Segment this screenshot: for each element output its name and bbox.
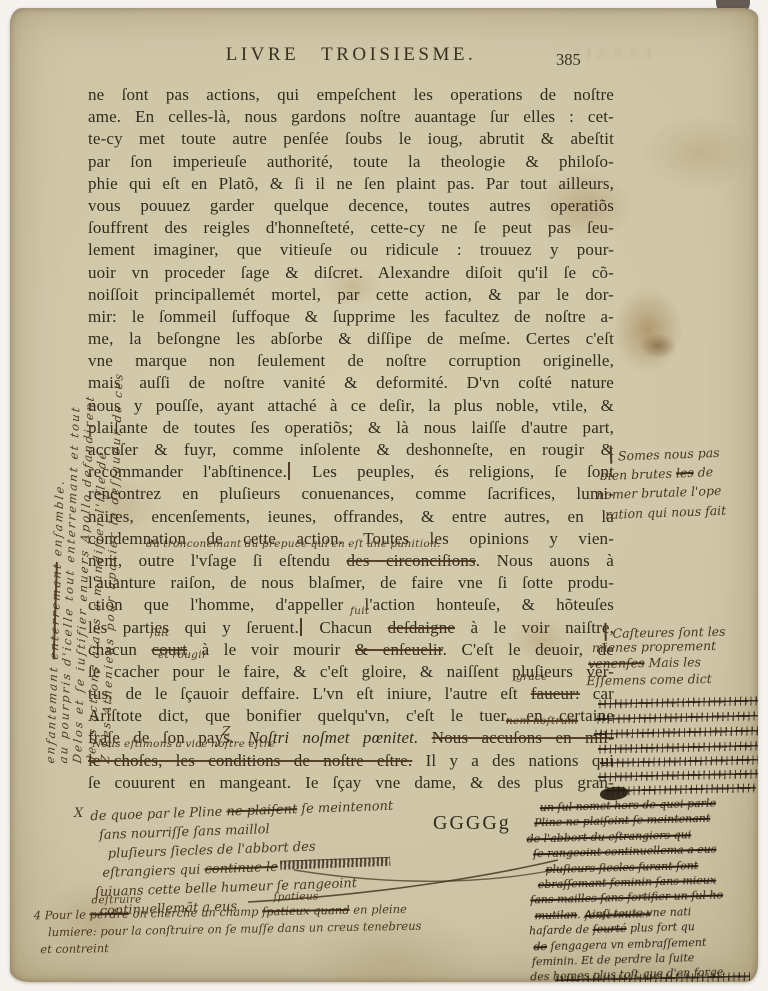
signature-mark: GGGGg <box>433 812 511 835</box>
text-segment: les <box>676 464 694 480</box>
text-segment: vne marque non ſeulement de noſtre corru… <box>88 351 614 370</box>
text-segment: les parties qui y ſeruent. <box>88 618 299 637</box>
text-segment: 4 Pour le <box>34 907 90 922</box>
text-segment: ſeurté <box>592 922 626 936</box>
text-segment: accuſer & fuyr, comme inſolente & deshon… <box>88 440 614 459</box>
interlinear-note: fuit <box>350 606 369 617</box>
text-segment: perdre <box>89 907 129 922</box>
inline-scribble <box>280 857 390 870</box>
text-segment: nous y pouſſe, ayant attaché à ce deſir,… <box>88 396 614 415</box>
text-segment: en pleine <box>350 902 408 917</box>
text-segment: Chacun <box>304 618 388 637</box>
running-head: LIVRE TROISIESME. <box>88 44 614 66</box>
scribble-line <box>594 726 758 739</box>
scribble-line <box>600 755 758 767</box>
insertion-bar <box>300 618 302 636</box>
text-segment: plaiſante de toutes ſes operatiõs; & là … <box>88 418 614 437</box>
book-page: LIVRE TROISIESME. ESSAIS 385 ne ſont pas… <box>10 8 758 982</box>
text-segment: et contreint <box>40 941 109 956</box>
text-segment: ſpatieux quand <box>262 903 350 919</box>
interlinear-note: du tronconemant du prepuce qui en eſt un… <box>146 539 441 550</box>
text-segment: te-cy met toute autre penſée ſoubs le io… <box>88 129 614 148</box>
scribble-line <box>606 783 756 795</box>
text-segment: nent, outre l'vſage ſi eſtendu <box>88 551 346 570</box>
interlinear-note: Nous eſtimons a vice noſtre eſtre <box>92 739 275 750</box>
text-segment: ſe couurent en mangeant. Ie ſçay vne dam… <box>88 773 614 792</box>
printed-line: naires, encenſements, ieunes, offrandes,… <box>88 506 614 528</box>
interlinear-note: ſuit <box>150 628 169 639</box>
printed-line: vne marque non ſeulement de noſtre corru… <box>88 350 614 372</box>
interlinear-note: deſtruire <box>91 894 141 905</box>
printed-line: ne ſont pas actions, qui empeſchent les … <box>88 84 614 106</box>
handwritten-draft-bottom-right: un ſul nomet hors de quoi parlePline ne … <box>526 795 726 982</box>
text-segment: mutilan <box>534 908 577 922</box>
printed-line: uoir vn proceder ſage & diſcret. Alexand… <box>88 262 614 284</box>
text-segment: mais auſſi de noſtre vanité & deformité.… <box>88 373 614 392</box>
ink-mark: X <box>74 806 83 821</box>
text-segment: naires, encenſements, ieunes, offrandes,… <box>88 507 614 526</box>
text-segment: Il y a des nations qui <box>412 751 614 770</box>
printed-line: noiſſoit principallemét mortel, par cett… <box>88 284 614 306</box>
insertion-bar <box>610 446 613 464</box>
interlinear-note: nem noſtrum <box>506 716 578 727</box>
text-segment: rencontrez en pluſieurs conuenances, com… <box>88 484 614 503</box>
text-segment: de <box>533 940 547 953</box>
text-segment: continue le <box>204 860 278 878</box>
printed-line: recommander l'abſtinence. Les peuples, é… <box>88 461 614 483</box>
text-segment: uoir vn proceder ſage & diſcret. Alexand… <box>88 263 614 282</box>
text-segment: ration qui nous fait <box>605 502 727 521</box>
text-segment: ne plaiſent <box>226 802 297 819</box>
printed-line: me, la beſongne les abſorbe & diſſipe de… <box>88 328 614 350</box>
printed-line: tus, de le ſçauoir deffaire. L'vn eſt in… <box>88 683 614 705</box>
printed-line: ſouffrent des reigles d'honneſteté, cett… <box>88 217 614 239</box>
scribble-line <box>598 769 758 781</box>
handwritten-footnote: 4 Pour le perdre on cherche un champ ſpa… <box>34 901 422 959</box>
text-segment: Les peuples, és religions, ſe ſont <box>292 462 614 481</box>
text-segment: par ſon imperieuſe authorité, toute la t… <box>88 152 614 171</box>
text-segment: Somes nous pas <box>614 445 720 464</box>
text-segment: bien brutes <box>599 465 676 483</box>
text-segment: deſdaigne <box>388 618 455 637</box>
text-segment: ne ſont pas actions, qui empeſchent les … <box>88 85 614 104</box>
printed-line: l'auanture raiſon, de nous blaſmer, de f… <box>88 572 614 594</box>
handwritten-line: ration qui nous fait <box>605 500 727 524</box>
page-number: 385 <box>556 50 581 70</box>
insertion-bar <box>604 623 606 641</box>
text-segment: on cherche un champ <box>129 904 262 920</box>
text-segment: lement imaginer, que vitieuſe ou ridicul… <box>88 240 614 259</box>
printed-line: nous y pouſſe, ayant attaché à ce deſir,… <box>88 395 614 417</box>
text-segment: me, la beſongne les abſorbe & diſſipe de… <box>88 329 614 348</box>
text-segment: mir: le ſommeil ſuffoque & ſupprime les … <box>88 307 614 326</box>
ink-mark: Z <box>222 724 230 738</box>
text-segment: Mais les <box>644 654 701 670</box>
scribble-line <box>598 741 758 753</box>
handwritten-line: Eſſemens come dict <box>586 670 726 689</box>
margin-note-right-mid: Caſteures ſont lesmienes proprementvenen… <box>585 621 726 689</box>
text-segment: venenſes <box>588 655 645 671</box>
scribble-line <box>596 711 758 724</box>
interlinear-note: ſpatieus <box>273 891 318 902</box>
text-segment: eſtrangiers qui <box>102 862 205 881</box>
printed-text-block: ne ſont pas actions, qui empeſchent les … <box>88 84 614 794</box>
text-segment: faueur: <box>531 684 580 703</box>
printed-line: accuſer & fuyr, comme inſolente & deshon… <box>88 439 614 461</box>
printed-line: mir: le ſommeil ſuffoque & ſupprime les … <box>88 306 614 328</box>
text-segment: . Nous auons à <box>476 551 614 570</box>
printed-line: rencontrez en pluſieurs conuenances, com… <box>88 483 614 505</box>
printed-line: par ſon imperieuſe authorité, toute la t… <box>88 151 614 173</box>
text-segment: noiſſoit principallemét mortel, par cett… <box>88 285 614 304</box>
interlinear-note: grace <box>516 672 548 683</box>
printed-line: lement imaginer, que vitieuſe ou ridicul… <box>88 239 614 261</box>
text-segment <box>418 728 431 747</box>
text-segment: de <box>693 464 713 480</box>
text-segment: Eſſemens come dict <box>586 671 711 688</box>
text-segment: à le voir mourir <box>187 640 355 659</box>
text-segment: enſamble. <box>50 477 67 563</box>
text-segment: ſe meintenont <box>297 799 394 817</box>
printed-line: ame. En celles-là, nous gardons noſtre a… <box>88 106 614 128</box>
text-segment: phie qui eſt en Platõ, & ſi il ne ſen pl… <box>88 174 614 193</box>
printed-line: le choſes, les conditions de noſtre eſtr… <box>88 750 614 772</box>
printed-line: mais auſſi de noſtre vanité & deformité.… <box>88 372 614 394</box>
printed-line: nent, outre l'vſage ſi eſtendu des circo… <box>88 550 614 572</box>
scribble-line <box>598 696 758 708</box>
text-segment: vous pouuez garder quelque decence, tout… <box>88 196 614 215</box>
text-segment: mienes proprement <box>592 637 717 654</box>
text-segment: & enſeuelir <box>355 640 443 659</box>
printed-line: vous pouuez garder quelque decence, tout… <box>88 195 614 217</box>
interlinear-note: et rougir <box>158 650 207 661</box>
interlinear-note: ſexterminer <box>585 909 651 921</box>
text-segment: nomer brutale l'ope <box>596 483 721 502</box>
text-segment: ame. En celles-là, nous gardons noſtre a… <box>88 107 614 126</box>
text-segment: Nous accuſons en mil- <box>432 728 614 747</box>
text-segment: des circonciſions <box>346 551 475 570</box>
printed-line: plaiſante de toutes ſes operatiõs; & là … <box>88 417 614 439</box>
text-segment: le choſes, les conditions de noſtre eſtr… <box>88 751 412 770</box>
insertion-bar <box>288 462 290 480</box>
printed-line: te-cy met toute autre penſée ſoubs le io… <box>88 128 614 150</box>
text-segment: l'auanture raiſon, de nous blaſmer, de f… <box>88 573 614 592</box>
printed-line: phie qui eſt en Platõ, & ſi il ne ſen pl… <box>88 173 614 195</box>
text-segment: plus fort qu <box>626 920 695 935</box>
text-segment: haſarde de <box>529 923 593 938</box>
margin-note-right-top: Somes nous pasbien brutes les denomer br… <box>595 442 727 524</box>
text-segment: tus, de le ſçauoir deffaire. L'vn eſt in… <box>88 684 531 703</box>
printed-line: ſe couurent en mangeant. Ie ſçay vne dam… <box>88 772 614 794</box>
text-segment: ſouffrent des reigles d'honneſteté, cett… <box>88 218 614 237</box>
